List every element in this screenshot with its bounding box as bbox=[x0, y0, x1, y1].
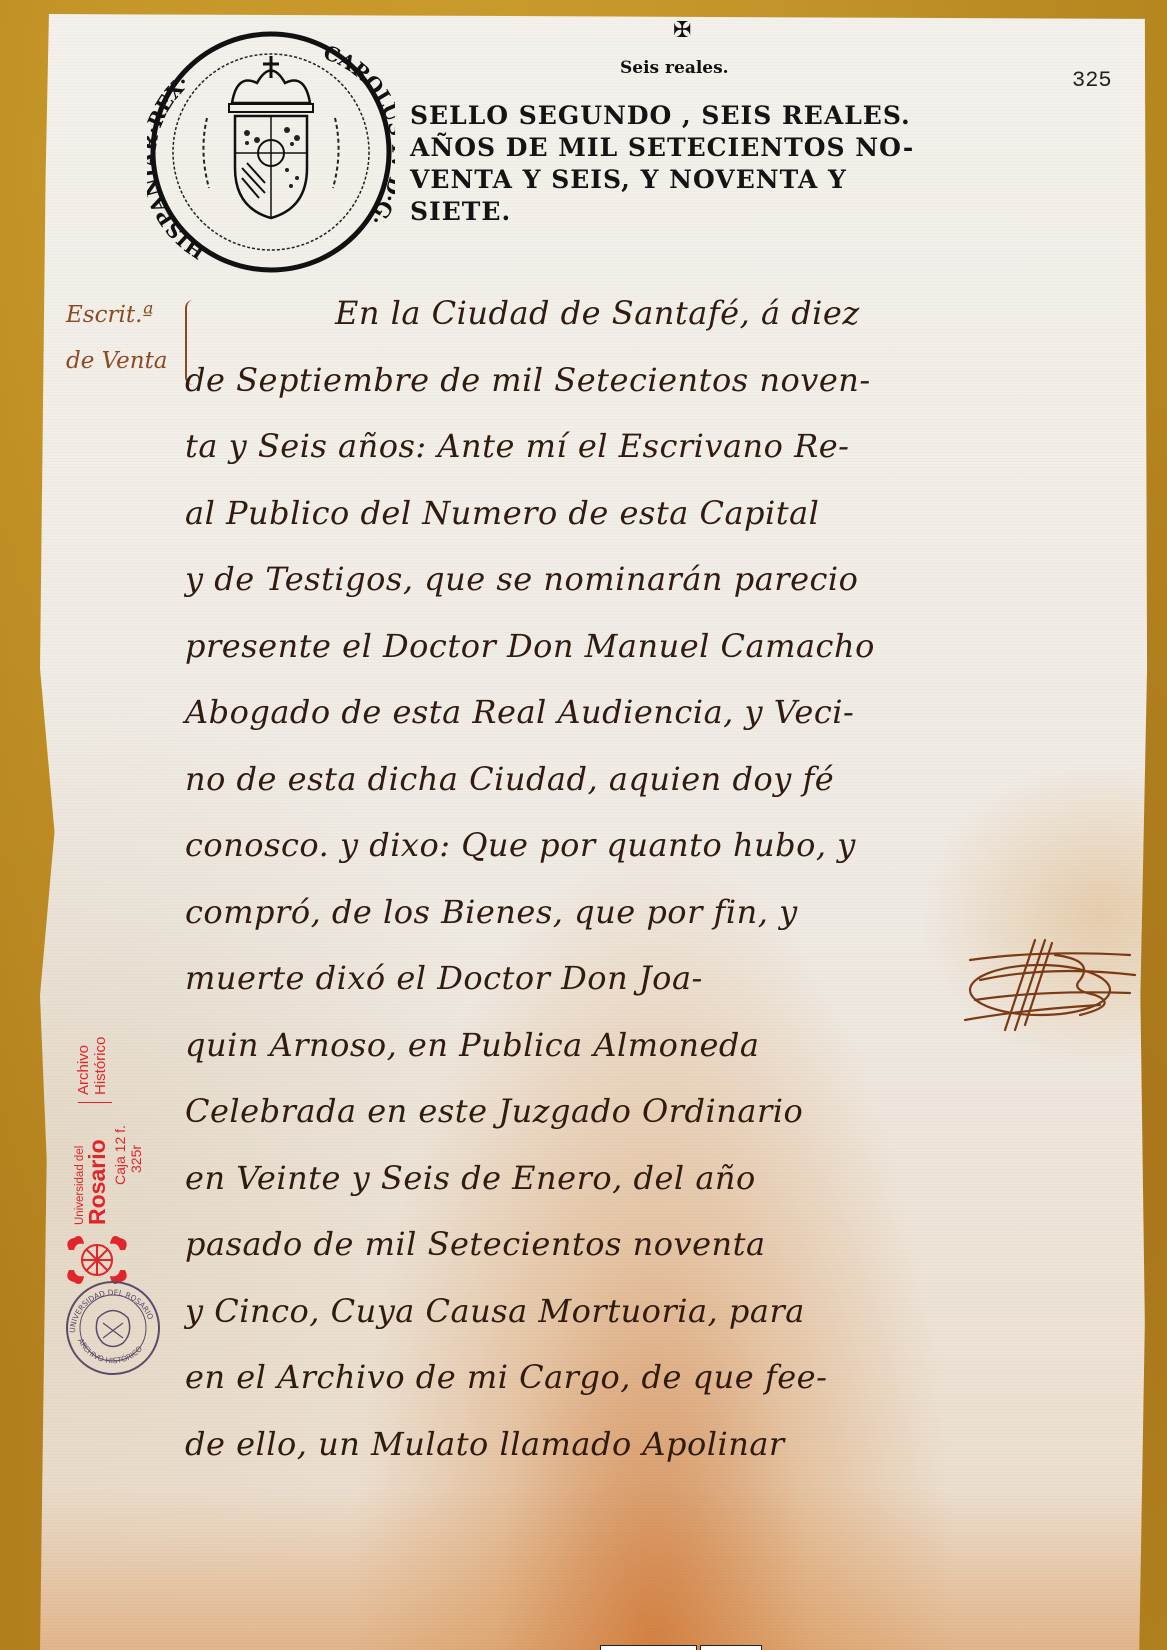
manuscript-line: en Veinte y Seis de Enero, del año bbox=[185, 1145, 985, 1212]
manuscript-line: Abogado de esta Real Audiencia, y Veci- bbox=[185, 679, 985, 746]
svg-text:CAROLUS·IV·D·G·: CAROLUS·IV·D·G· bbox=[320, 40, 395, 230]
stamp-legend-bottom: ARCHIVO HISTÓRICO bbox=[76, 1337, 144, 1365]
manuscript-line: en el Archivo de mi Cargo, de que fee- bbox=[185, 1344, 985, 1411]
bottom-tab bbox=[600, 1645, 697, 1650]
svg-text:ARCHIVO HISTÓRICO: ARCHIVO HISTÓRICO bbox=[76, 1337, 144, 1365]
manuscript-body: En la Ciudad de Santafé, á diez de Septi… bbox=[185, 280, 985, 1477]
sealed-paper-heading: SELLO SEGUNDO , SEIS REALES. AÑOS DE MIL… bbox=[410, 100, 970, 228]
cross-mark-icon: ✠ bbox=[673, 20, 691, 42]
sello-line: VENTA Y SEIS, Y NOVENTA Y bbox=[410, 164, 970, 196]
manuscript-line: En la Ciudad de Santafé, á diez bbox=[185, 280, 985, 347]
manuscript-line: pasado de mil Setecientos noventa bbox=[185, 1211, 985, 1278]
seal-price: Seis reales. bbox=[620, 58, 729, 78]
sello-line: AÑOS DE MIL SETECIENTOS NO- bbox=[410, 132, 970, 164]
manuscript-line: compró, de los Bienes, que por fin, y bbox=[185, 879, 985, 946]
margin-note-line: Escrit.ª bbox=[66, 292, 168, 338]
manuscript-line: y Cinco, Cuya Causa Mortuoria, para bbox=[185, 1278, 985, 1345]
label-divider bbox=[78, 1102, 112, 1103]
margin-note: Escrit.ª de Venta bbox=[66, 292, 168, 384]
seal-legend-left: HISPANIAR·REX· bbox=[147, 70, 210, 264]
bottom-edge-tabs bbox=[580, 1645, 780, 1650]
folio-reference: 325r bbox=[128, 1145, 144, 1173]
university-archive-stamp-icon: UNIVERSIDAD DEL ROSARIO ARCHIVO HISTÓRIC… bbox=[63, 1278, 163, 1378]
archive-name-line1: Archivo bbox=[75, 1045, 92, 1095]
manuscript-line: presente el Doctor Don Manuel Camacho bbox=[185, 613, 985, 680]
folio-number: 325 bbox=[1072, 68, 1112, 93]
manuscript-line: Celebrada en este Juzgado Ordinario bbox=[185, 1078, 985, 1145]
university-name-big: Rosario bbox=[84, 1139, 111, 1225]
sello-line: SELLO SEGUNDO , SEIS REALES. bbox=[410, 100, 970, 132]
sello-line: SIETE. bbox=[410, 196, 970, 228]
manuscript-line: de Septiembre de mil Setecientos noven- bbox=[185, 347, 985, 414]
svg-text:HISPANIAR·REX·: HISPANIAR·REX· bbox=[147, 70, 210, 264]
manuscript-line: conosco. y dixo: Que por quanto hubo, y bbox=[185, 812, 985, 879]
manuscript-line: al Publico del Numero de esta Capital bbox=[185, 480, 985, 547]
margin-note-line: de Venta bbox=[66, 338, 168, 384]
bottom-tab bbox=[700, 1645, 762, 1650]
archive-label: Universidad del Rosario Archivo Históric… bbox=[72, 955, 132, 1225]
manuscript-line: quin Arnoso, en Publica Almoneda bbox=[185, 1012, 985, 1079]
manuscript-line: y de Testigos, que se nominarán parecio bbox=[185, 546, 985, 613]
manuscript-line: muerte dixó el Doctor Don Joa- bbox=[185, 945, 985, 1012]
archive-name-line2: Histórico bbox=[92, 1037, 109, 1095]
manuscript-line: ta y Seis años: Ante mí el Escrivano Re- bbox=[185, 413, 985, 480]
notary-rubric-icon bbox=[960, 935, 1150, 1035]
seal-legend-right: CAROLUS·IV·D·G· bbox=[320, 40, 395, 230]
royal-seal-stamp-icon: HISPANIAR·REX· CAROLUS·IV·D·G· bbox=[147, 28, 395, 276]
manuscript-line: de ello, un Mulato llamado Apolinar bbox=[185, 1411, 985, 1478]
box-reference: Caja 12 f. bbox=[112, 1125, 128, 1185]
manuscript-line: no de esta dicha Ciudad, aquien doy fé bbox=[185, 746, 985, 813]
